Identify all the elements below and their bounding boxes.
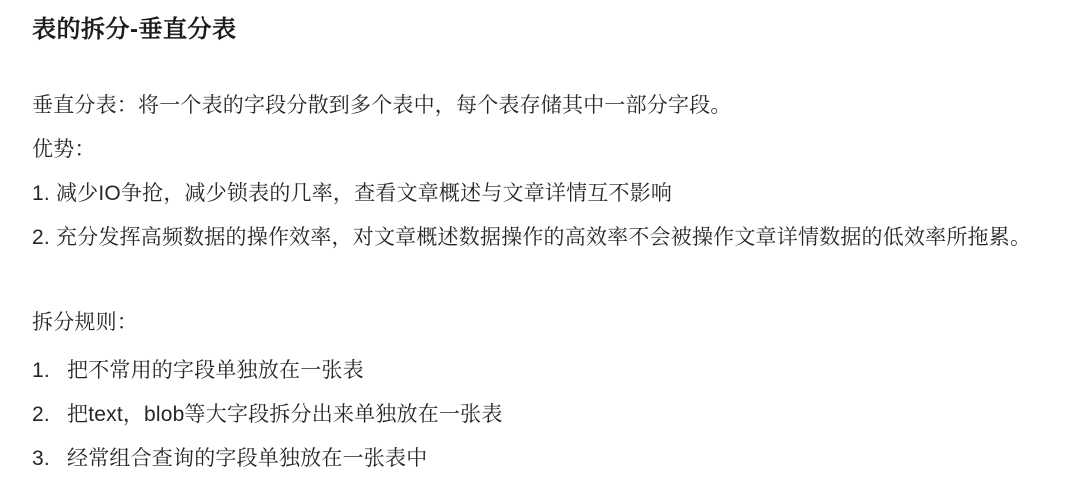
advantage-item: 2. 充分发挥高频数据的操作效率，对文章概述数据操作的高效率不会被操作文章详情数… [32,224,1053,252]
rule-number: 1. [32,357,67,385]
rule-number: 2. [32,401,67,429]
rule-list-item: 1. 把不常用的字段单独放在一张表 [32,357,1053,385]
rule-text: 把不常用的字段单独放在一张表 [67,357,1053,385]
rule-number: 3. [32,445,67,473]
advantages-heading: 优势： [32,136,1053,164]
rule-text: 经常组合查询的字段单独放在一张表中 [67,445,1053,473]
rules-heading: 拆分规则： [32,309,1053,337]
rule-text: 把text，blob等大字段拆分出来单独放在一张表 [67,401,1053,429]
document-page: 表的拆分-垂直分表 垂直分表：将一个表的字段分散到多个表中，每个表存储其中一部分… [0,0,1077,485]
page-title: 表的拆分-垂直分表 [32,15,1053,45]
rule-list-item: 2. 把text，blob等大字段拆分出来单独放在一张表 [32,401,1053,429]
rule-list-item: 3. 经常组合查询的字段单独放在一张表中 [32,445,1053,473]
advantage-item: 1. 减少IO争抢，减少锁表的几率，查看文章概述与文章详情互不影响 [32,180,1053,208]
intro-paragraph: 垂直分表：将一个表的字段分散到多个表中，每个表存储其中一部分字段。 [32,92,1053,120]
